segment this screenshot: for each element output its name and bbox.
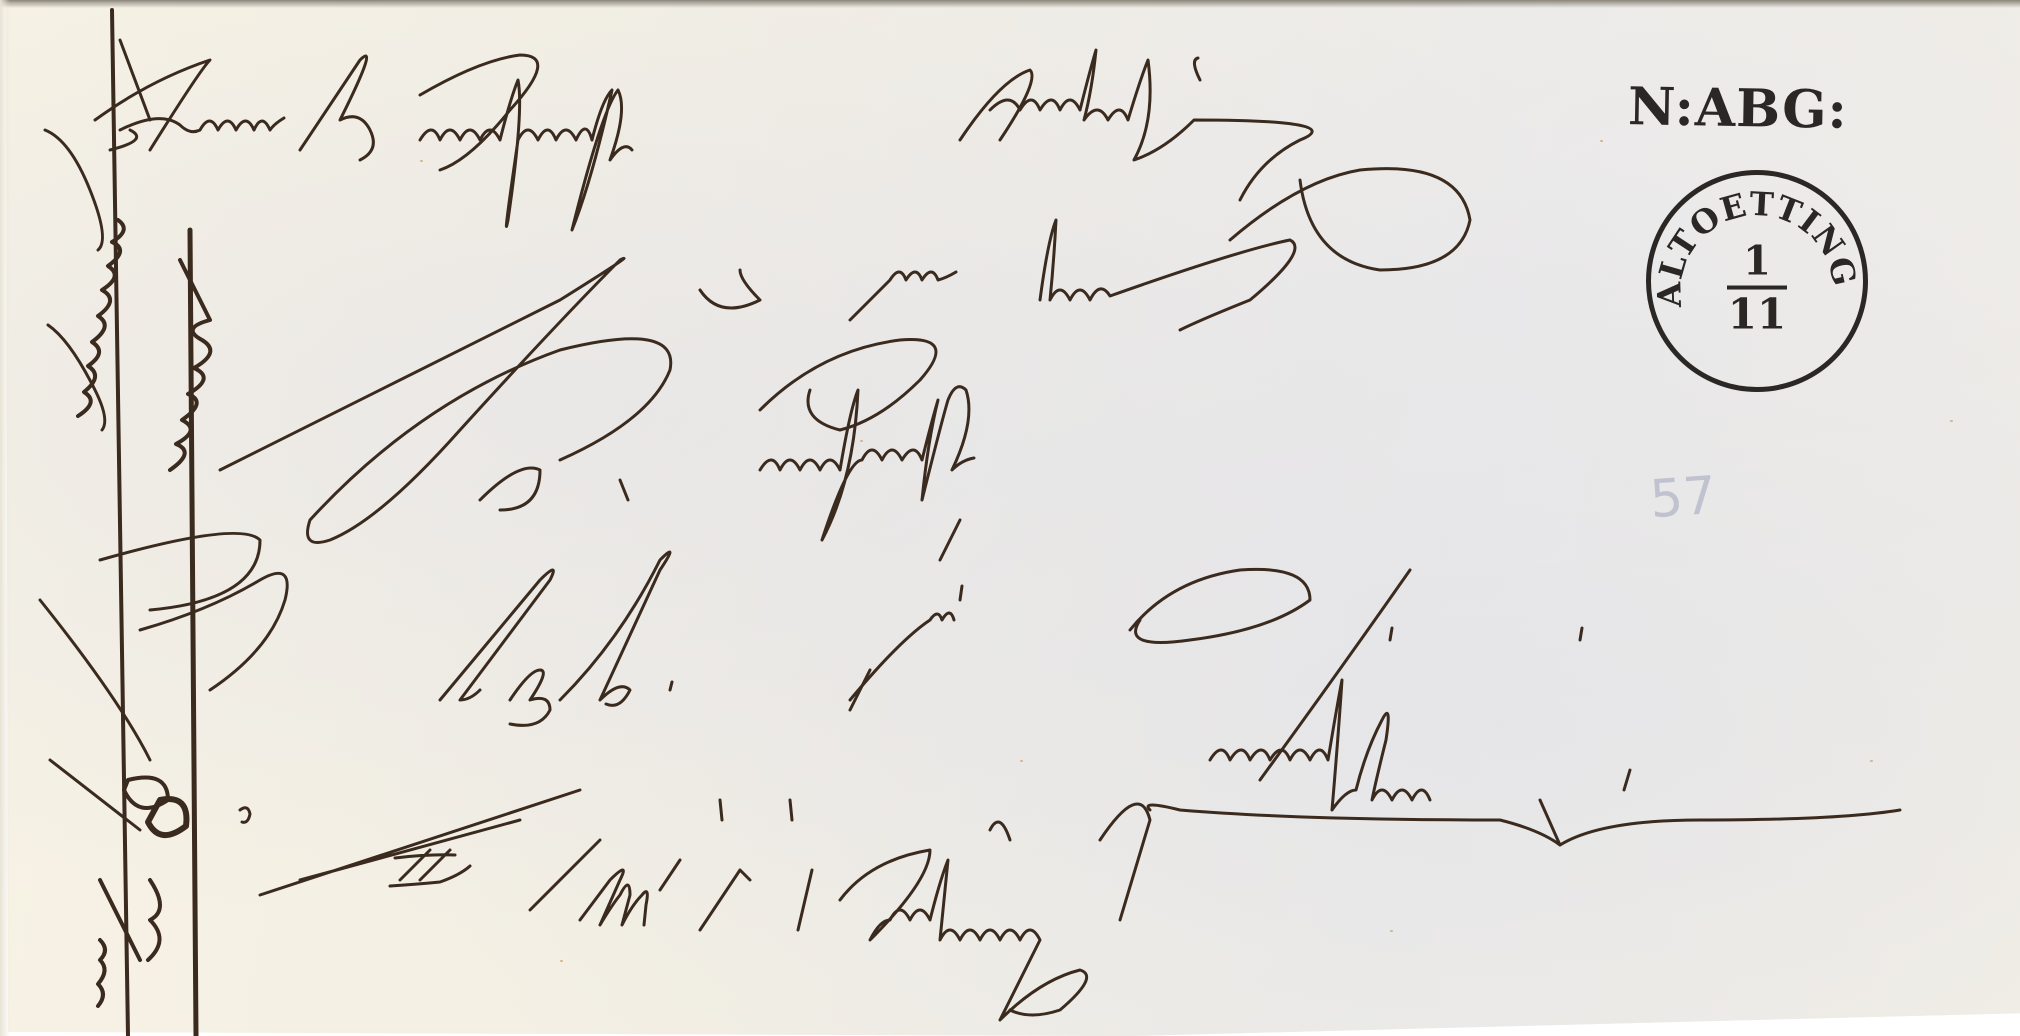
- postmark-month: 11: [1727, 294, 1787, 336]
- margin-vertical-stroke: [112, 10, 128, 1036]
- margin-vertical-stroke: [190, 230, 196, 1036]
- postmark-day: 1: [1727, 242, 1787, 282]
- straight-line-postmark: N:ABG:: [1627, 76, 1848, 141]
- postmark-date: 1 11: [1727, 242, 1787, 336]
- pencil-number: 57: [1648, 466, 1718, 530]
- circular-town-postmark: ALTOETTING 1 11: [1646, 170, 1868, 392]
